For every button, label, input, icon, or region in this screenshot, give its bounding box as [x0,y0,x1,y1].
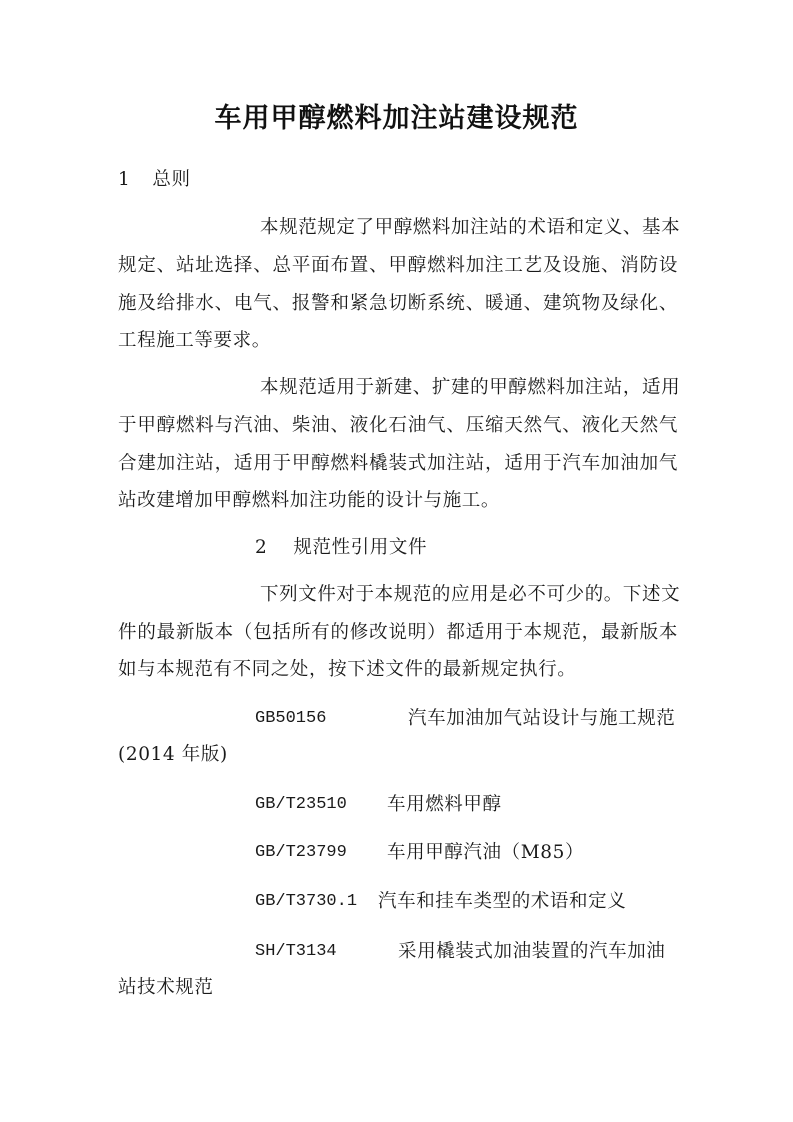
paragraph-line: 于甲醇燃料与汽油、柴油、液化石油气、压缩天然气、液化天然气 [118,414,678,438]
paragraph-line: 规定、站址选择、总平面布置、甲醇燃料加注工艺及设施、消防设 [118,254,678,278]
document-title: 车用甲醇燃料加注站建设规范 [0,96,793,135]
paragraph-line: 站改建增加甲醇燃料加注功能的设计与施工。 [118,489,678,513]
section-number: 2 [255,537,267,558]
section-number: 1 [118,169,130,190]
section-title: 总则 [152,169,190,190]
paragraph-line: 本规范规定了甲醇燃料加注站的术语和定义、基本 [260,216,678,240]
paragraph-line: 如与本规范有不同之处，按下述文件的最新规定执行。 [118,658,678,682]
section-title: 规范性引用文件 [293,537,427,558]
paragraph-line: 施及给排水、电气、报警和紧急切断系统、暖通、建筑物及绿化、 [118,292,678,316]
reference-title: 汽车和挂车类型的术语和定义 [378,890,793,914]
reference-title: 车用燃料甲醇 [387,793,793,817]
reference-continuation: 站技术规范 [118,976,678,1000]
paragraph-line: 合建加注站，适用于甲醇燃料橇装式加注站，适用于汽车加油加气 [118,452,678,476]
section-2-heading: 2规范性引用文件 [255,536,793,560]
document-page: 车用甲醇燃料加注站建设规范 1总则 本规范规定了甲醇燃料加注站的术语和定义、基本… [0,0,793,1122]
reference-title: 采用橇装式加油装置的汽车加油 [398,940,793,964]
reference-title: 汽车加油加气站设计与施工规范 [408,707,793,731]
paragraph-line: 工程施工等要求。 [118,329,678,353]
paragraph-line: 件的最新版本（包括所有的修改说明）都适用于本规范，最新版本 [118,621,678,645]
paragraph-line: 本规范适用于新建、扩建的甲醇燃料加注站，适用 [260,376,678,400]
section-1-heading: 1总则 [118,168,678,192]
reference-continuation: (2014 年版) [118,743,678,767]
reference-title: 车用甲醇汽油（M85） [387,841,793,865]
paragraph-line: 下列文件对于本规范的应用是必不可少的。下述文 [260,583,678,607]
